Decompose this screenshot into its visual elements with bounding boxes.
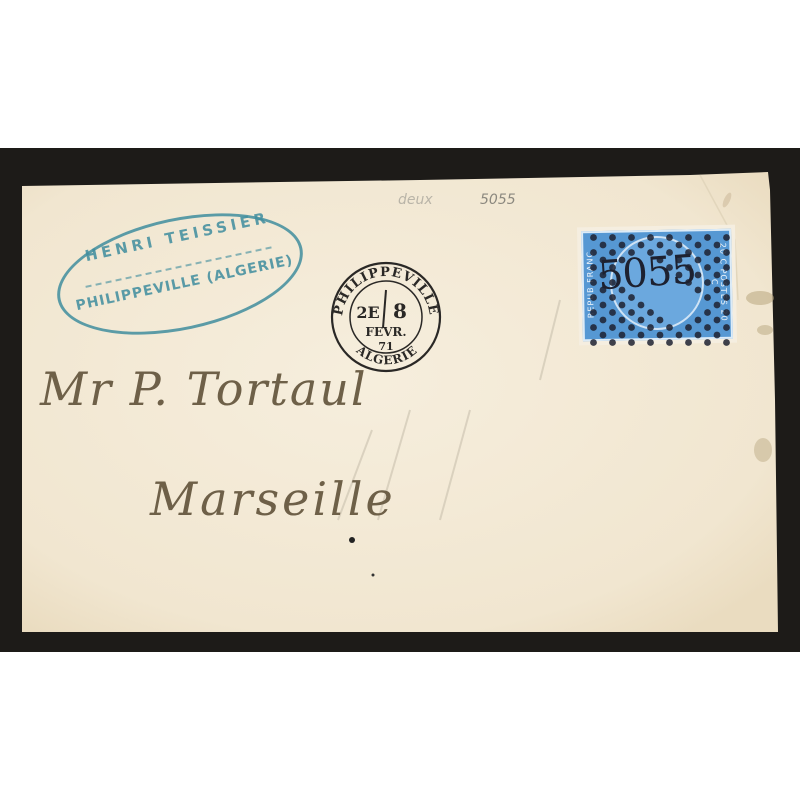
svg-text:FEVR.: FEVR.: [365, 325, 406, 339]
svg-text:2E: 2E: [356, 303, 379, 322]
cancel-number: 5055: [597, 247, 698, 300]
address-recipient: Mr P. Tortaul: [40, 362, 368, 416]
svg-text:8: 8: [393, 299, 407, 323]
svg-text:71: 71: [378, 340, 393, 353]
address-city: Marseille: [150, 472, 396, 526]
pencil-note-word: deux: [398, 192, 433, 208]
pencil-note-number: 5055: [480, 192, 516, 208]
